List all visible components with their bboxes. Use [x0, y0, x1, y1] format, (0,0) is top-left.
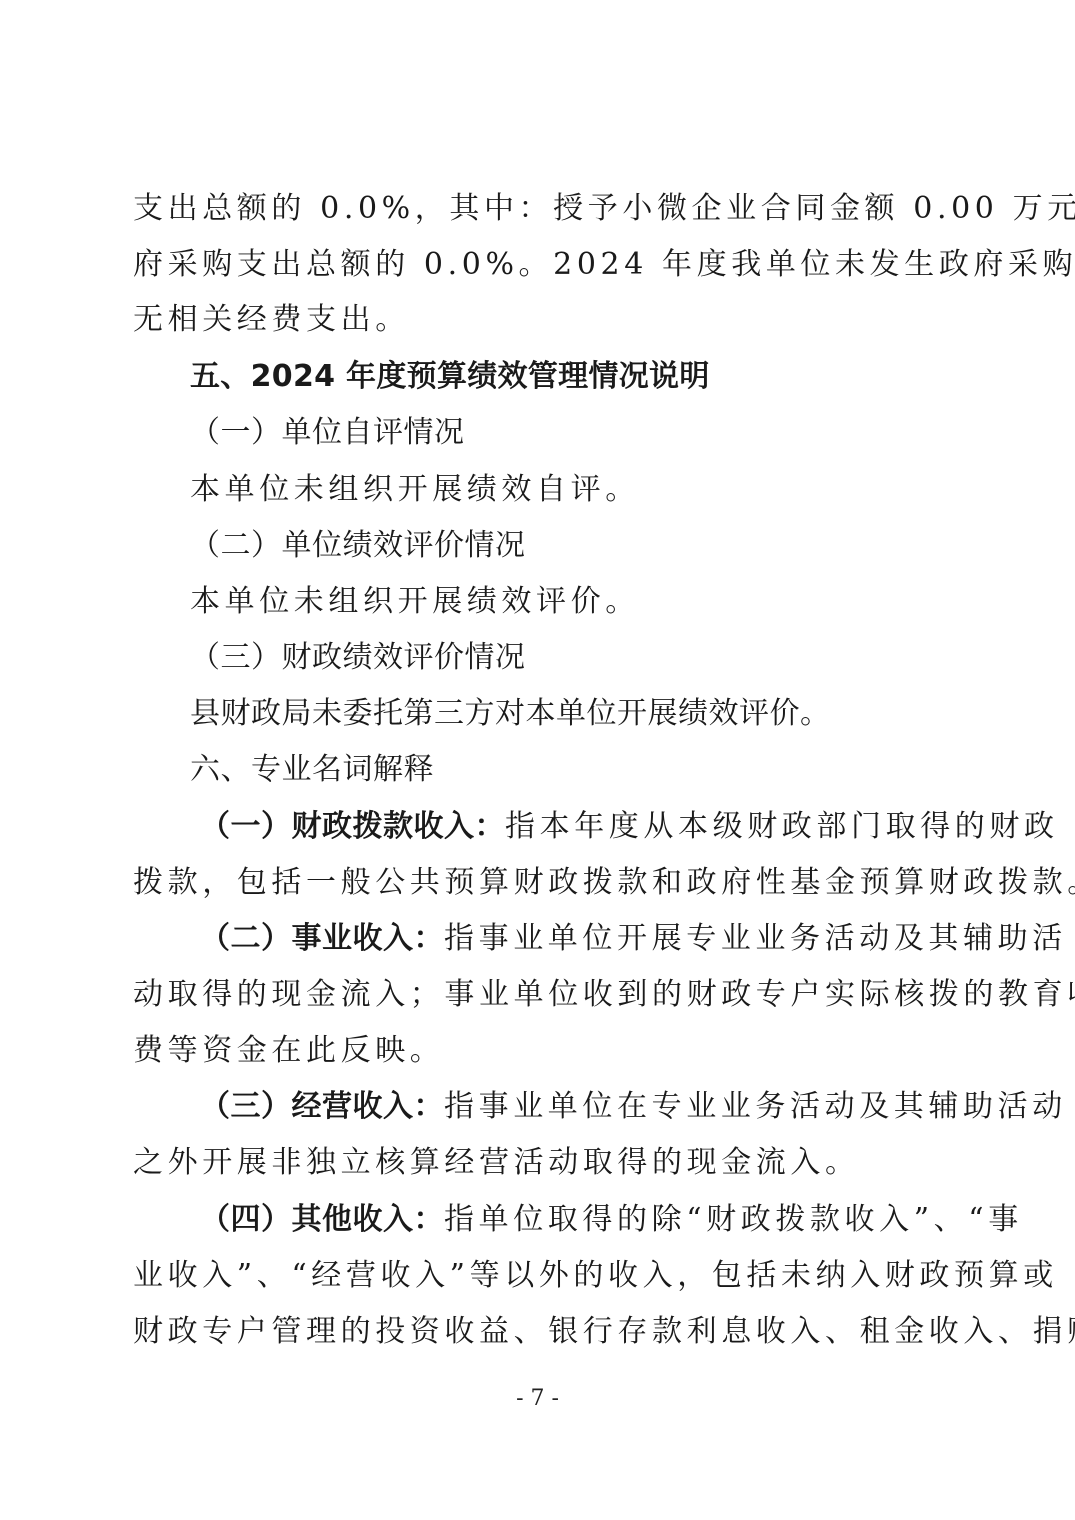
page-number: - 7 - — [0, 1386, 1075, 1411]
paragraph-line: 之外开展非独立核算经营活动取得的现金流入。 — [133, 1143, 860, 1183]
subheading-finance-evaluation: （三）财政绩效评价情况 — [190, 638, 526, 678]
body-unit-evaluation: 本单位未组织开展绩效评价。 — [190, 582, 640, 622]
body-self-evaluation: 本单位未组织开展绩效自评。 — [190, 470, 640, 510]
term-label: （二）事业收入： — [200, 921, 444, 956]
term-definition: 指事业单位在专业业务活动及其辅助活动 — [444, 1089, 1067, 1124]
paragraph-line: 无相关经费支出。 — [133, 300, 410, 340]
body-finance-evaluation: 县财政局未委托第三方对本单位开展绩效评价。 — [190, 694, 831, 734]
paragraph-line: 府采购支出总额的 0.0%。2024 年度我单位未发生政府采购事项， — [133, 245, 1075, 285]
section-heading-5: 五、2024 年度预算绩效管理情况说明 — [190, 357, 710, 397]
subheading-unit-evaluation: （二）单位绩效评价情况 — [190, 526, 526, 566]
term-other-income: （四）其他收入：指单位取得的除“财政拨款收入”、“事 — [200, 1200, 1023, 1240]
term-label: （四）其他收入： — [200, 1202, 444, 1237]
paragraph-line: 拨款，包括一般公共预算财政拨款和政府性基金预算财政拨款。 — [133, 863, 1075, 903]
term-label: （三）经营收入： — [200, 1089, 444, 1124]
term-definition: 指本年度从本级财政部门取得的财政 — [505, 809, 1059, 844]
term-business-income: （二）事业收入：指事业单位开展专业业务活动及其辅助活 — [200, 919, 1067, 959]
subheading-self-evaluation: （一）单位自评情况 — [190, 413, 465, 453]
document-page: 支出总额的 0.0%，其中：授予小微企业合同金额 0.00 万元，占政 府采购支… — [0, 0, 1075, 1520]
paragraph-line: 业收入”、“经营收入”等以外的收入，包括未纳入财政预算或 — [133, 1256, 1058, 1296]
term-label: （一）财政拨款收入： — [200, 809, 505, 844]
term-definition: 指单位取得的除“财政拨款收入”、“事 — [444, 1202, 1023, 1237]
paragraph-line: 费等资金在此反映。 — [133, 1031, 444, 1071]
paragraph-line: 动取得的现金流入；事业单位收到的财政专户实际核拨的教育收 — [133, 975, 1075, 1015]
term-fiscal-appropriation: （一）财政拨款收入：指本年度从本级财政部门取得的财政 — [200, 807, 1059, 847]
term-operating-income: （三）经营收入：指事业单位在专业业务活动及其辅助活动 — [200, 1087, 1067, 1127]
section-heading-6: 六、专业名词解释 — [190, 750, 434, 790]
term-definition: 指事业单位开展专业业务活动及其辅助活 — [444, 921, 1067, 956]
paragraph-line: 支出总额的 0.0%，其中：授予小微企业合同金额 0.00 万元，占政 — [133, 189, 1075, 229]
paragraph-line: 财政专户管理的投资收益、银行存款利息收入、租金收入、捐赠 — [133, 1312, 1075, 1352]
